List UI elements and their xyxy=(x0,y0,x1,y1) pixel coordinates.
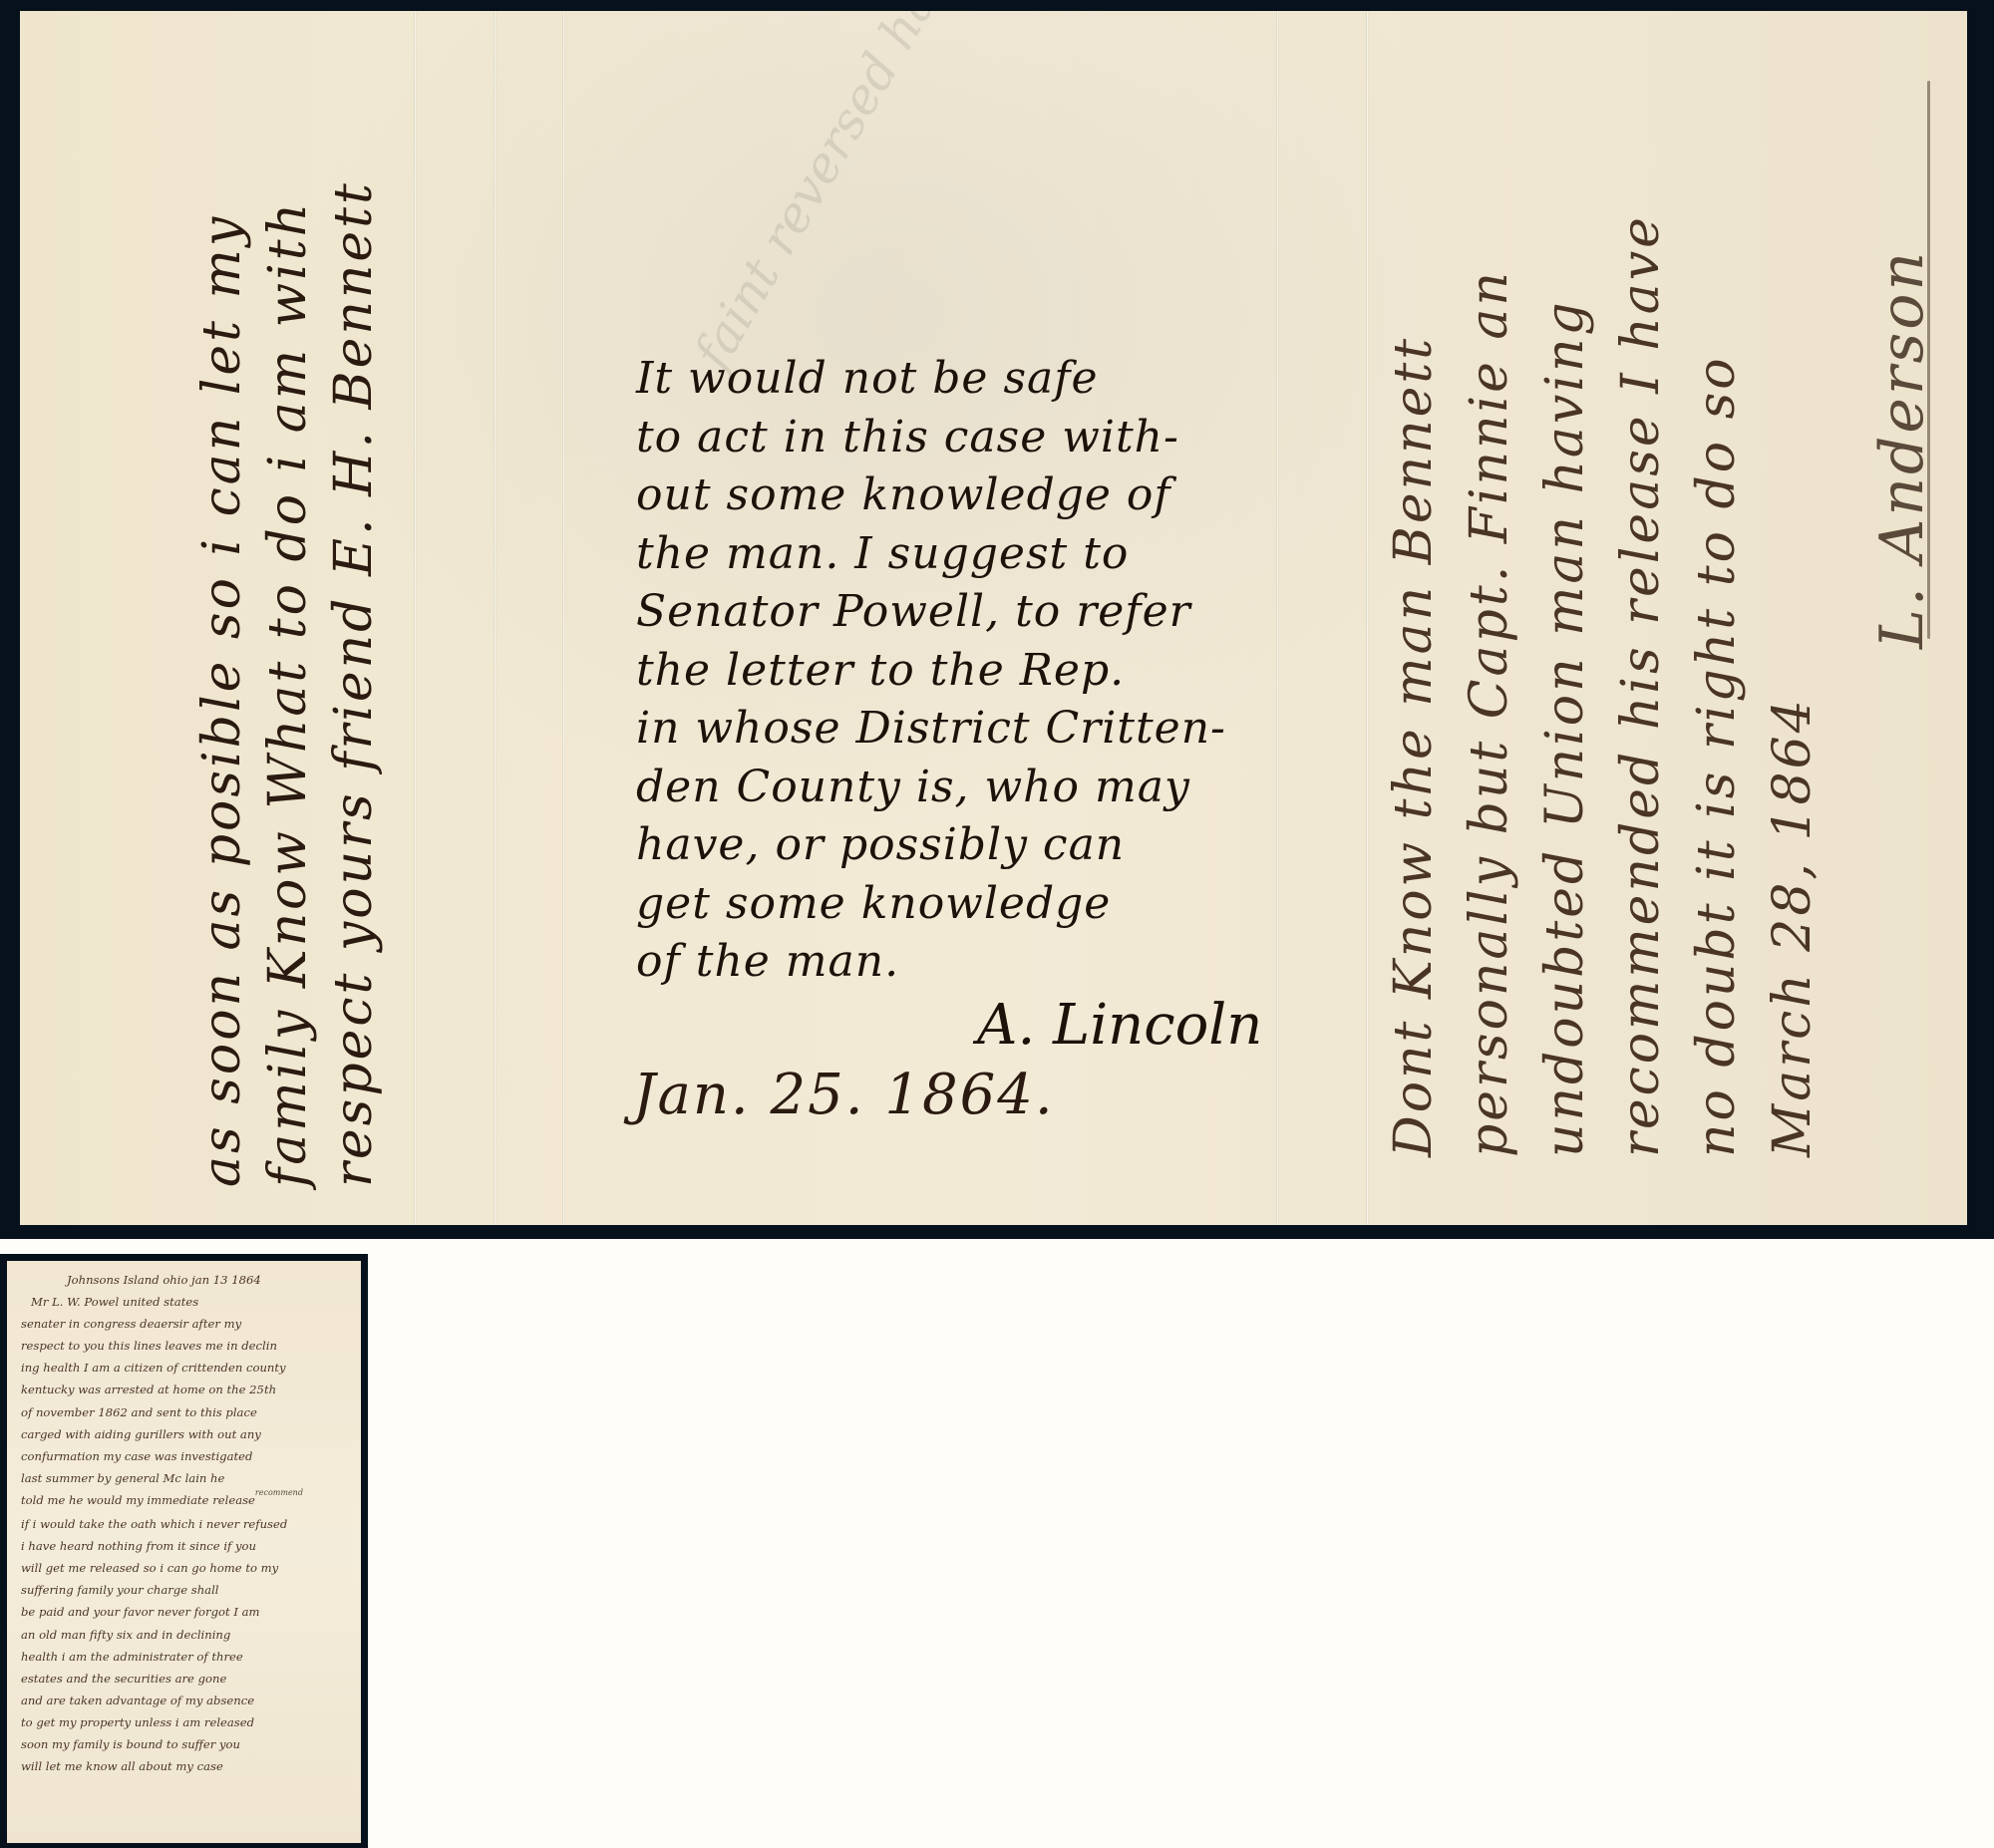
endorsement-line: out some knowledge of xyxy=(636,466,1274,525)
letter-line: confurmation my case was investigated xyxy=(21,1445,355,1467)
lincoln-endorsement: It would not be safe to act in this case… xyxy=(636,350,1274,992)
lincoln-date: Jan. 25. 1864. xyxy=(633,1063,1055,1127)
anderson-signature: L. Anderson xyxy=(1869,249,1935,649)
letter-salutation: Mr L. W. Powel united states xyxy=(21,1291,355,1313)
letter-line: will let me know all about my case xyxy=(21,1755,355,1777)
anderson-line: undoubted Union man having xyxy=(1527,214,1603,1157)
inset-letter-text: Johnsons Island ohio jan 13 1864 Mr L. W… xyxy=(21,1269,355,1777)
letter-line: suffering family your charge shall xyxy=(21,1579,355,1601)
letter-line: and are taken advantage of my absence xyxy=(21,1690,355,1711)
main-document-paper: faint reversed handwriting as soon as po… xyxy=(20,11,1967,1225)
bennett-line: as soon as posible so i can let my xyxy=(189,180,255,1187)
letter-line: ing health I am a citizen of crittenden … xyxy=(21,1357,355,1379)
lincoln-signature: A. Lincoln xyxy=(977,993,1262,1058)
endorsement-line: den County is, who may xyxy=(636,759,1274,817)
letter-line: to get my property unless i am released xyxy=(21,1711,355,1733)
fold-line xyxy=(494,11,497,1225)
inset-letter-paper: Johnsons Island ohio jan 13 1864 Mr L. W… xyxy=(7,1261,361,1843)
fold-line xyxy=(1366,11,1369,1225)
letter-line: kentucky was arrested at home on the 25t… xyxy=(21,1379,355,1400)
endorsement-line: have, or possibly can xyxy=(636,816,1274,875)
fold-line xyxy=(562,11,565,1225)
endorsement-line: of the man. xyxy=(636,933,1274,992)
fold-line xyxy=(414,11,417,1225)
letter-line: carged with aiding gurillers with out an… xyxy=(21,1423,355,1445)
letter-line: health i am the administrater of three xyxy=(21,1646,355,1668)
insertion-note: recommend xyxy=(255,1488,303,1497)
fold-line xyxy=(1276,11,1279,1225)
anderson-line: March 28, 1864 xyxy=(1755,214,1830,1157)
endorsement-line: Senator Powell, to refer xyxy=(636,583,1274,642)
endorsement-line: to act in this case with- xyxy=(636,409,1274,467)
endorsement-line: It would not be safe xyxy=(636,350,1274,409)
endorsement-line: get some knowledge xyxy=(636,875,1274,934)
anderson-line: personally but Capt. Finnie an xyxy=(1452,214,1527,1157)
letter-line: told me he would my immediate releaserec… xyxy=(21,1489,355,1513)
endorsement-line: in whose District Critten- xyxy=(636,700,1274,759)
letter-line: will get me released so i can go home to… xyxy=(21,1557,355,1579)
letter-heading: Johnsons Island ohio jan 13 1864 xyxy=(21,1269,355,1291)
anderson-line: Dont Know the man Bennett xyxy=(1376,214,1452,1157)
letter-line: of november 1862 and sent to this place xyxy=(21,1401,355,1423)
letter-line: estates and the securities are gone xyxy=(21,1668,355,1690)
bennett-letter-closing: as soon as posible so i can let my famil… xyxy=(189,180,387,1187)
letter-line: last summer by general Mc lain he xyxy=(21,1467,355,1489)
letter-line: respect to you this lines leaves me in d… xyxy=(21,1335,355,1357)
letter-line: senater in congress deaersir after my xyxy=(21,1313,355,1335)
letter-line: soon my family is bound to suffer you xyxy=(21,1733,355,1755)
anderson-line: no doubt it is right to do so xyxy=(1679,214,1755,1157)
bennett-line: family Know What to do i am with xyxy=(255,180,321,1187)
anderson-line: recommended his release I have xyxy=(1603,214,1679,1157)
show-through-ink: faint reversed handwriting xyxy=(682,11,1073,379)
bennett-line: respect yours friend E. H. Bennett xyxy=(321,180,387,1187)
letter-line: i have heard nothing from it since if yo… xyxy=(21,1535,355,1557)
anderson-endorsement: Dont Know the man Bennett personally but… xyxy=(1376,214,1830,1157)
letter-line: if i would take the oath which i never r… xyxy=(21,1513,355,1535)
endorsement-line: the man. I suggest to xyxy=(636,525,1274,584)
endorsement-line: the letter to the Rep. xyxy=(636,642,1274,701)
letter-line: an old man fifty six and in declining xyxy=(21,1624,355,1646)
signature-underline xyxy=(1927,81,1930,639)
letter-line: be paid and your favor never forgot I am xyxy=(21,1601,355,1623)
